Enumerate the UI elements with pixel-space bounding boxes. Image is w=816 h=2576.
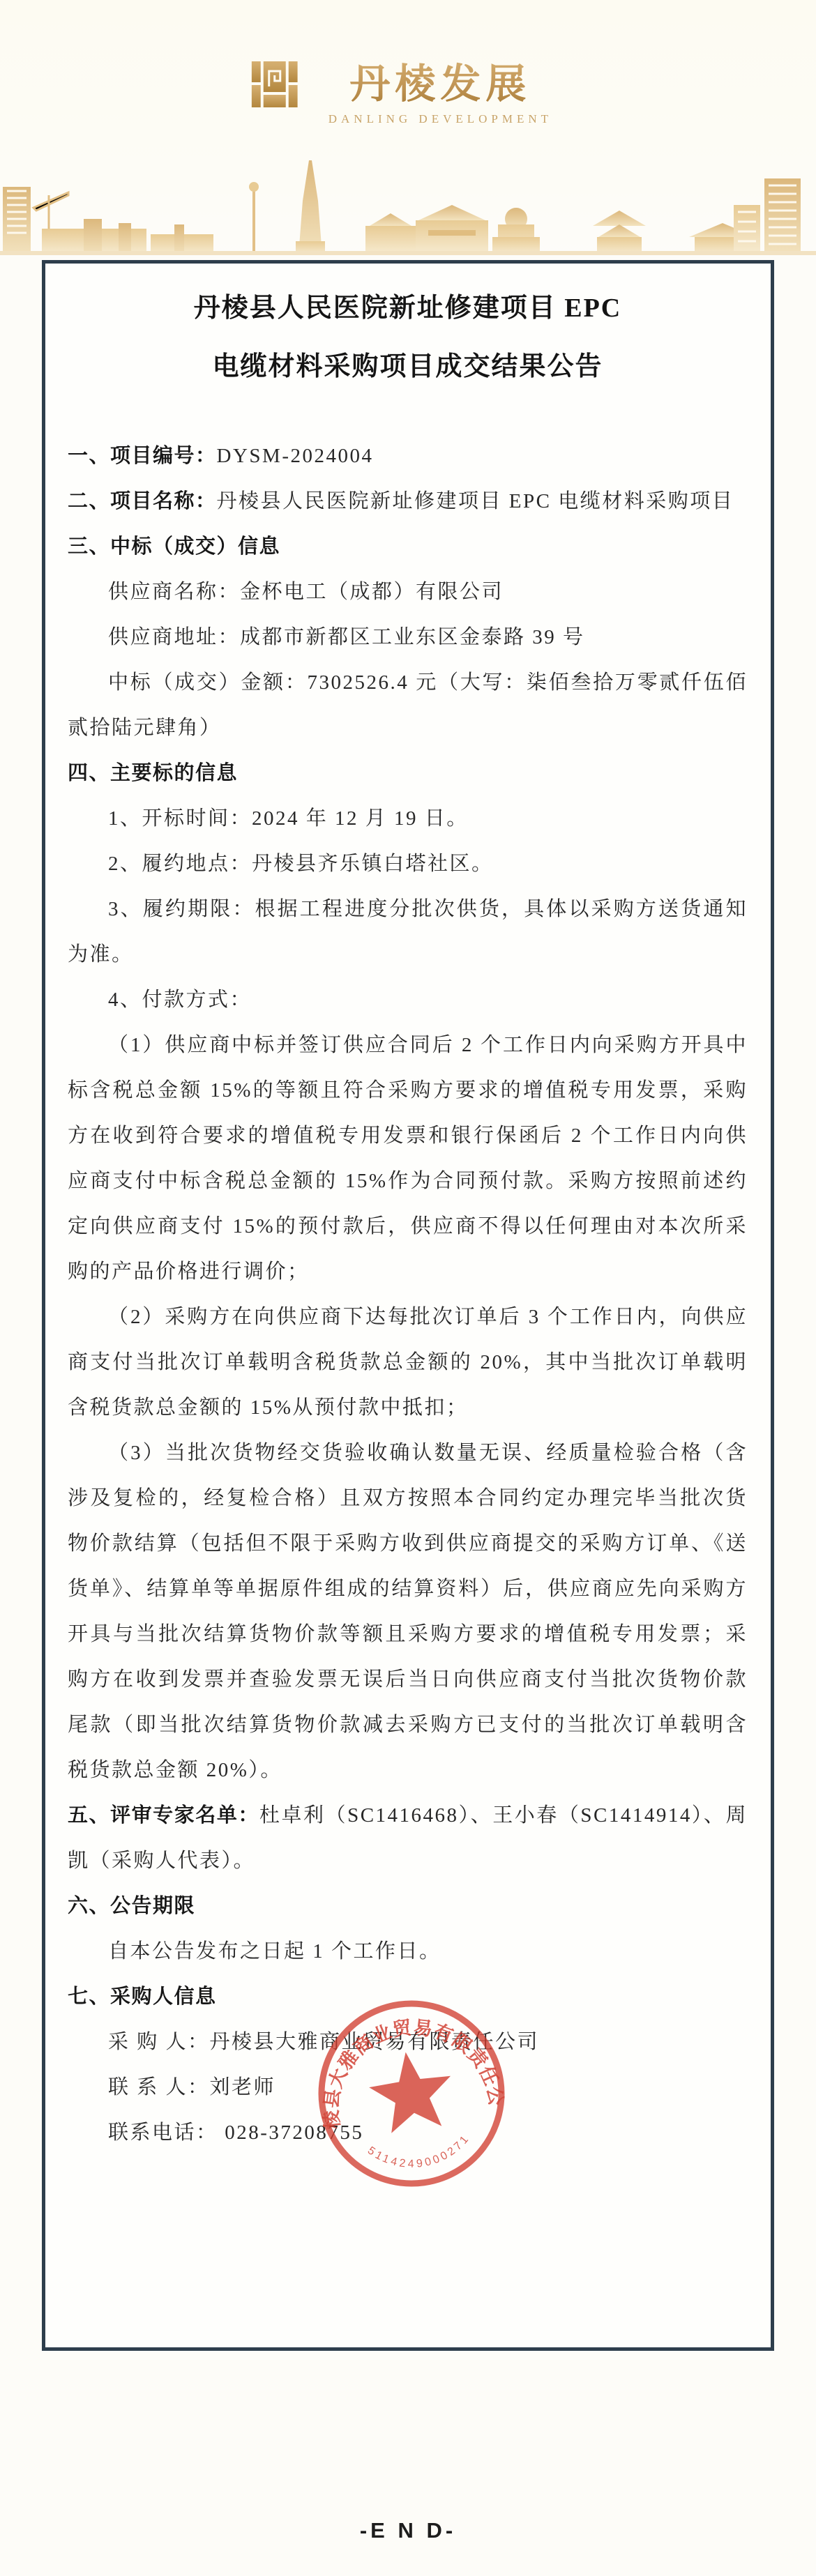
brand-name-cn: 丹棱发展 [349,61,531,107]
section-7-label: 七、采购人信息 [68,1986,217,2008]
announcement-document: 丹棱县人民医院新址修建项目 EPC 电缆材料采购项目成交结果公告 一、项目编号：… [42,260,774,2351]
section-notice-period-heading: 六、公告期限 [68,1884,748,1929]
section-project-name: 二、项目名称：丹棱县人民医院新址修建项目 EPC 电缆材料采购项目 [68,479,748,524]
section-6-label: 六、公告期限 [68,1895,195,1917]
project-number-value: DYSM-2024004 [217,445,374,467]
section-subject-info-heading: 四、主要标的信息 [68,751,748,796]
notice-period-line: 自本公告发布之日起 1 个工作日。 [68,1929,748,1974]
document-content: 丹棱县人民医院新址修建项目 EPC 电缆材料采购项目成交结果公告 一、项目编号：… [45,264,771,2156]
title-line-2: 电缆材料采购项目成交结果公告 [68,337,748,396]
section-5-label: 五、评审专家名单： [68,1804,259,1827]
award-amount-line: 中标（成交）金额：7302526.4 元（大写：柒佰叁拾万零贰仟伍佰贰拾陆元肆角… [68,660,748,751]
section-purchaser-heading: 七、采购人信息 [68,1974,748,2020]
project-name-value: 丹棱县人民医院新址修建项目 EPC 电缆材料采购项目 [217,490,734,512]
brand-name-en: DANLING DEVELOPMENT [328,112,552,126]
brand-logo: 丹棱发展 DANLING DEVELOPMENT [252,61,552,126]
section-1-label: 一、项目编号： [68,445,217,467]
end-mark: -E N D- [0,2518,816,2543]
supplier-name-line: 供应商名称：金杯电工（成都）有限公司 [68,570,748,615]
brand-text: 丹棱发展 DANLING DEVELOPMENT [328,61,552,126]
section-2-label: 二、项目名称： [68,490,217,512]
purchaser-line: 采 购 人：丹棱县大雅商业贸易有限责任公司 [68,2020,748,2065]
header-band: 丹棱发展 DANLING DEVELOPMENT [0,0,816,257]
contact-person-line: 联 系 人：刘老师 [68,2065,748,2110]
payment-clause-2: （2）采购方在向供应商下达每批次订单后 3 个工作日内，向供应商支付当批次订单载… [68,1295,748,1431]
danling-logo-icon [252,61,298,107]
supplier-address-line: 供应商地址：成都市新都区工业东区金泰路 39 号 [68,615,748,660]
contact-phone-line: 联系电话： 028-37208755 [68,2110,748,2156]
announcement-page: 丹棱发展 DANLING DEVELOPMENT [0,0,816,2576]
performance-period-line: 3、履约期限：根据工程进度分批次供货，具体以采购方送货通知为准。 [68,887,748,977]
section-3-label: 三、中标（成交）信息 [68,535,280,558]
section-4-label: 四、主要标的信息 [68,762,238,784]
performance-place-line: 2、履约地点：丹棱县齐乐镇白塔社区。 [68,841,748,887]
payment-method-heading: 4、付款方式： [68,977,748,1023]
section-experts: 五、评审专家名单：杜卓利（SC1416468）、王小春（SC1414914）、周… [68,1793,748,1884]
city-skyline-illustration [0,159,816,255]
document-body: 一、项目编号：DYSM-2024004 二、项目名称：丹棱县人民医院新址修建项目… [68,434,748,2156]
payment-clause-1: （1）供应商中标并签订供应合同后 2 个工作日内向采购方开具中标含税总金额 15… [68,1023,748,1295]
bid-opening-time-line: 1、开标时间：2024 年 12 月 19 日。 [68,796,748,841]
section-project-number: 一、项目编号：DYSM-2024004 [68,434,748,479]
section-award-info-heading: 三、中标（成交）信息 [68,524,748,570]
document-title: 丹棱县人民医院新址修建项目 EPC 电缆材料采购项目成交结果公告 [68,279,748,396]
title-line-1: 丹棱县人民医院新址修建项目 EPC [68,279,748,337]
payment-clause-3: （3）当批次货物经交货验收确认数量无误、经质量检验合格（含涉及复检的，经复检合格… [68,1431,748,1793]
